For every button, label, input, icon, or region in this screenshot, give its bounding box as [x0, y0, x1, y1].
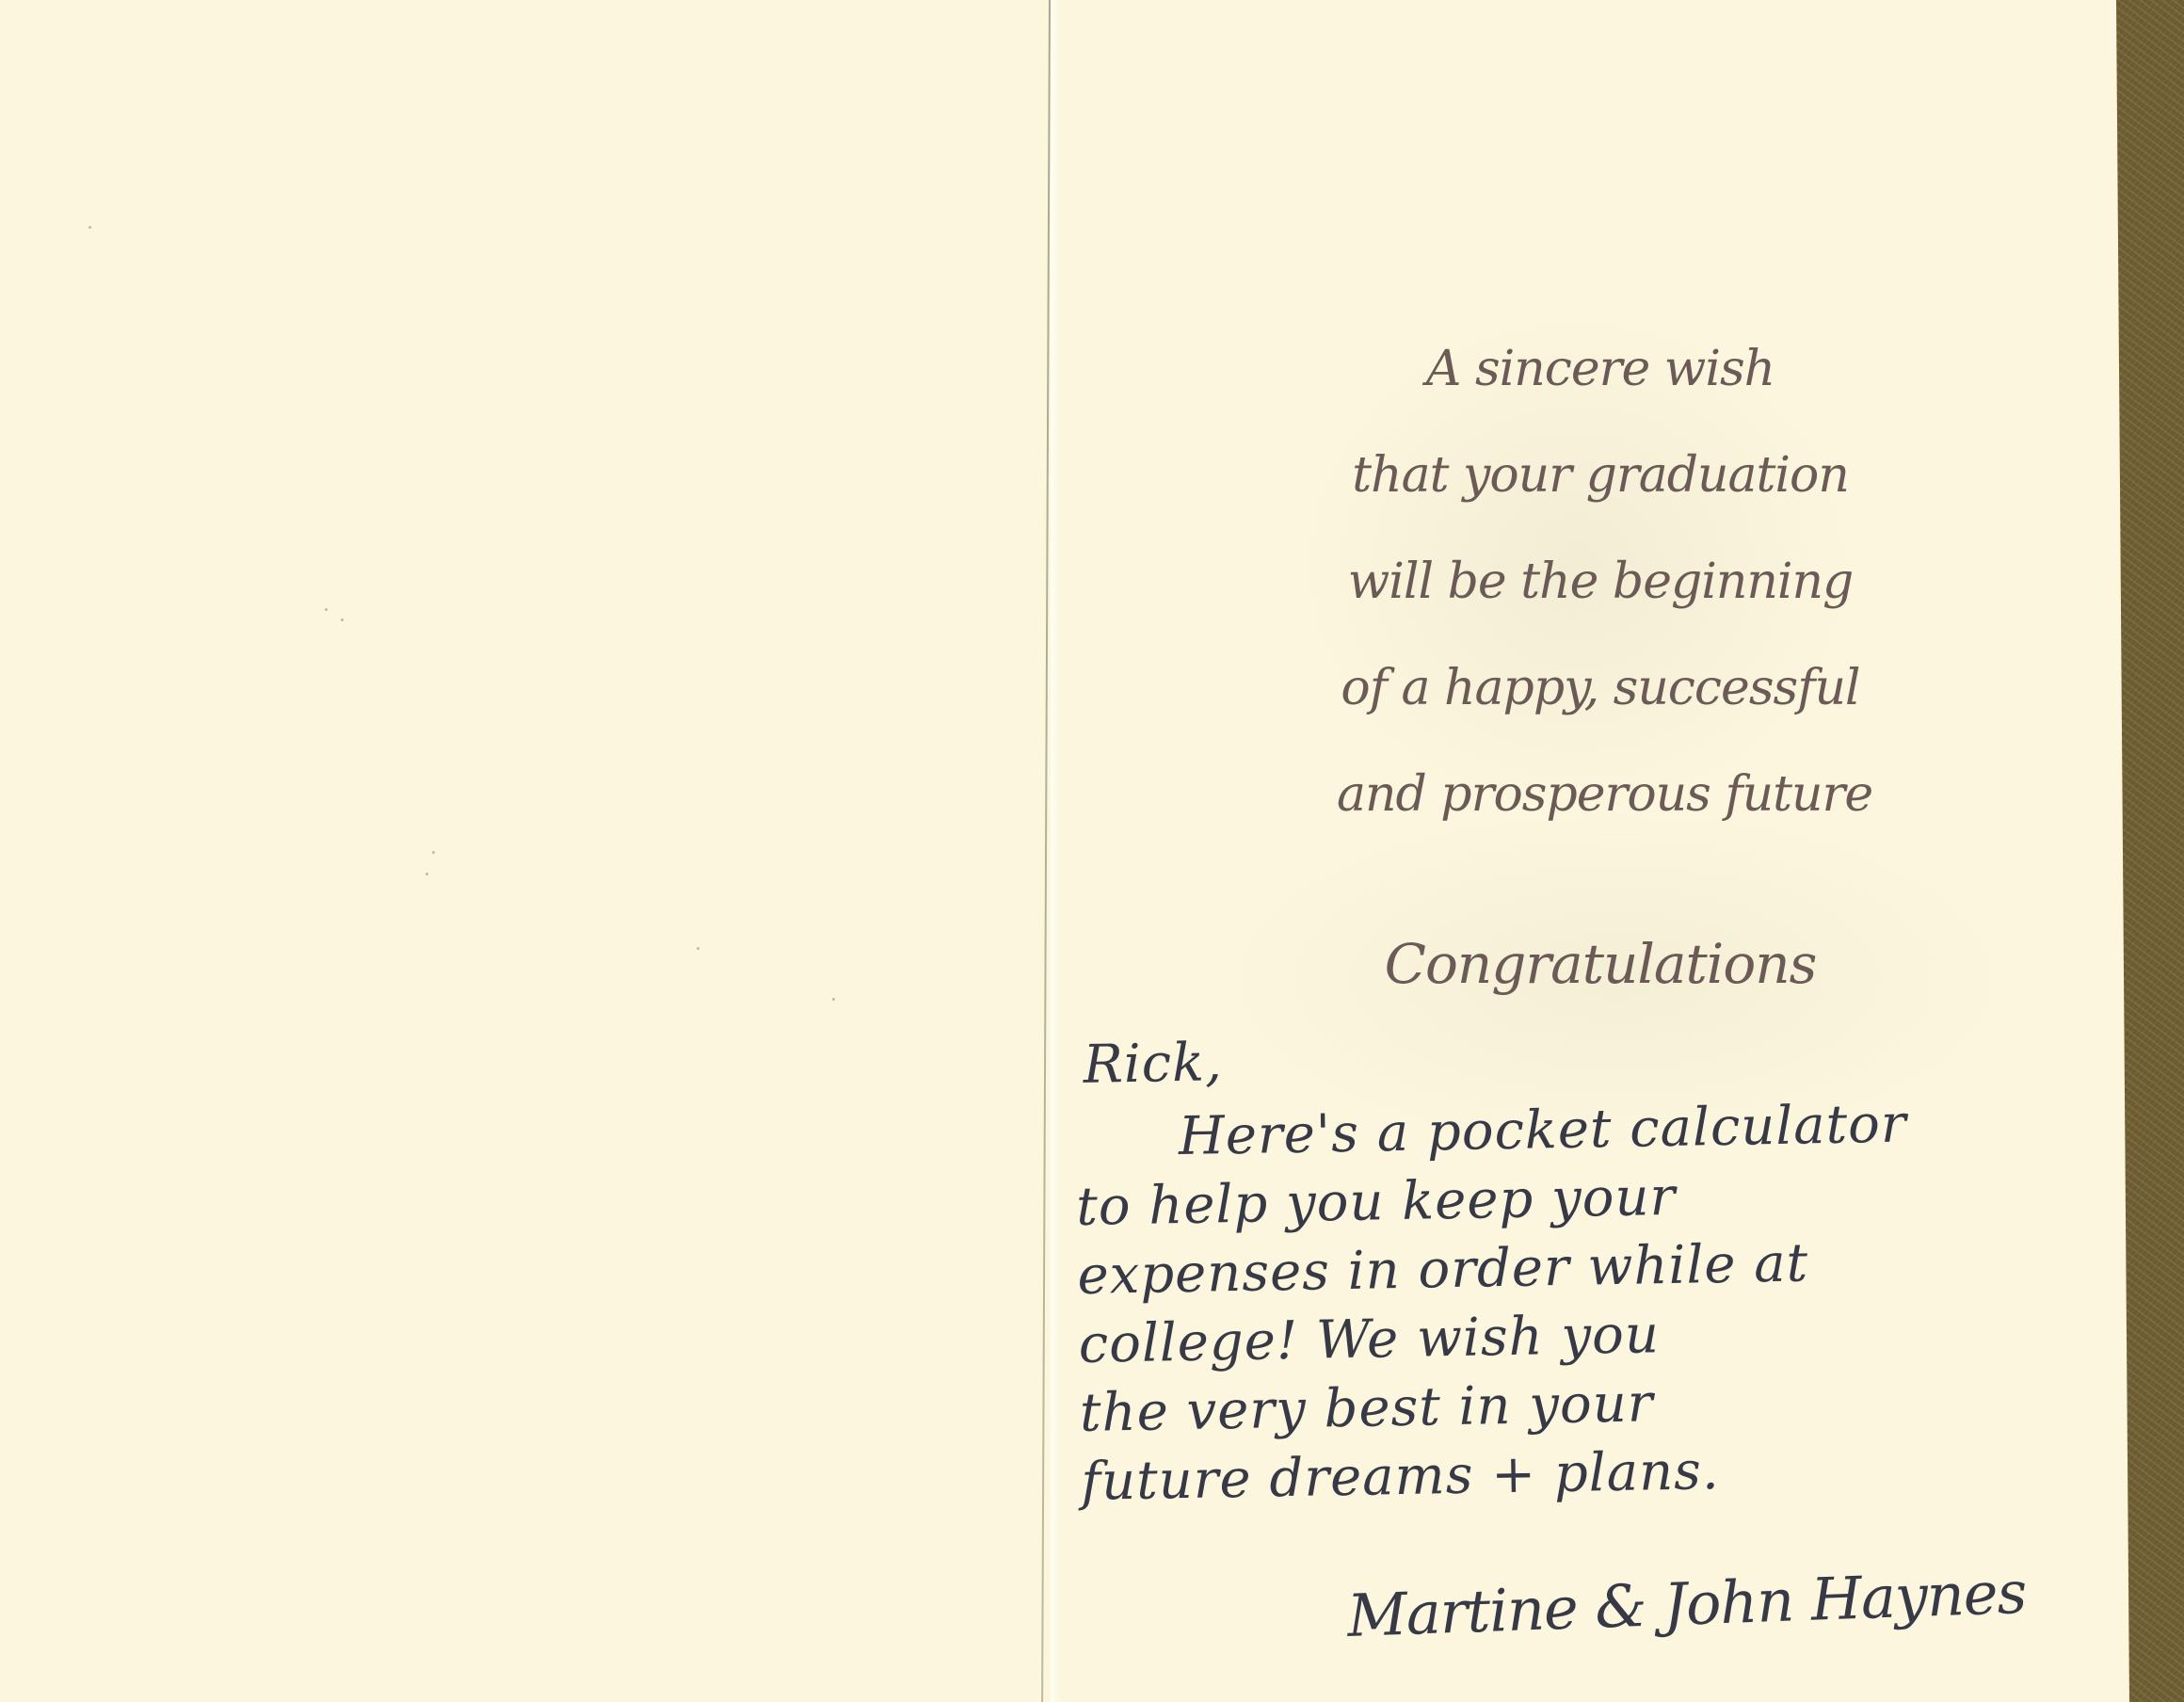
paper-speck [88, 226, 91, 229]
handwritten-note: Rick, Here's a pocket calculator to help… [1073, 1013, 2127, 1517]
verse-line: A sincere wish [1337, 331, 1864, 438]
printed-closing: Congratulations [1337, 926, 1864, 1002]
card-left-panel [0, 0, 1051, 1702]
greeting-card: A sincere wish that your graduation will… [0, 0, 2184, 1702]
paper-speck [341, 618, 344, 621]
printed-verse: A sincere wish that your graduation will… [1337, 331, 1864, 863]
card-fold-highlight [1051, 0, 1060, 1702]
paper-speck [325, 608, 328, 611]
paper-speck [426, 873, 428, 875]
verse-line: will be the beginning [1337, 544, 1864, 650]
verse-line: that your graduation [1337, 438, 1864, 544]
paper-speck [832, 998, 835, 1001]
verse-line: and prosperous future [1337, 757, 1864, 863]
paper-speck [697, 947, 699, 950]
verse-line: of a happy, successful [1337, 650, 1864, 757]
paper-speck [432, 851, 435, 854]
